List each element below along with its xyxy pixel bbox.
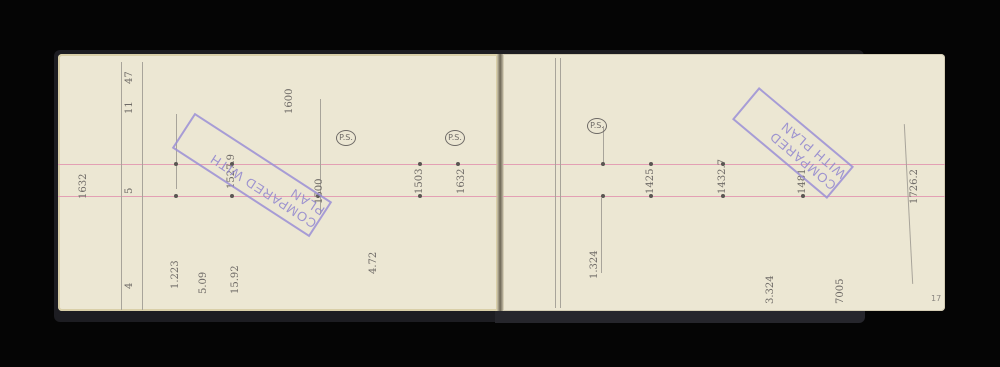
page-number: 17 xyxy=(931,294,941,303)
compared-with-plan-stamp: COMPARED WITH PLAN xyxy=(732,87,854,199)
chainage-reading: 1432.7 xyxy=(717,159,728,194)
survey-line xyxy=(904,124,913,284)
station-label: P.S. xyxy=(336,130,356,146)
right-page: P.S. 1425 1432.7 1481 1726.2 1.324 3.324… xyxy=(503,54,945,311)
station-label: P.S. xyxy=(445,130,465,146)
station-point xyxy=(601,162,605,166)
calculation: 3.324 xyxy=(765,275,776,304)
station-label: P.S. xyxy=(587,118,607,134)
calculation: 15.92 xyxy=(230,265,241,294)
station-point xyxy=(230,194,234,198)
calculation: 5.09 xyxy=(198,272,209,294)
station-point xyxy=(174,194,178,198)
survey-line xyxy=(601,198,602,273)
chainage-reading: 1425 xyxy=(645,169,656,194)
margin-note: 5 xyxy=(124,188,135,194)
calculation: 1.324 xyxy=(589,250,600,279)
margin-note: 47 xyxy=(124,71,135,84)
station-point xyxy=(649,194,653,198)
station-point xyxy=(456,162,460,166)
margin-line xyxy=(142,62,143,310)
station-point xyxy=(418,194,422,198)
station-point xyxy=(649,162,653,166)
station-point xyxy=(801,194,805,198)
chainage-reading: 1632 xyxy=(78,174,89,199)
left-page: 1632 47 11 5 4 1527.9 1600 1500 1503 163… xyxy=(58,54,498,311)
chainage-reading: 1503 xyxy=(414,169,425,194)
calculation: 1.223 xyxy=(170,260,181,289)
chainage-reading: 1726.2 xyxy=(909,169,920,204)
calculation: 4.72 xyxy=(368,252,379,274)
margin-note: 11 xyxy=(124,101,135,114)
chainage-reading: 1600 xyxy=(284,89,295,114)
station-point xyxy=(721,194,725,198)
chainage-reading: 1632 xyxy=(456,169,467,194)
margin-line xyxy=(555,58,556,308)
margin-note: 4 xyxy=(124,283,135,289)
compared-with-plan-stamp: COMPARED WITH PLAN xyxy=(172,113,332,238)
station-point xyxy=(174,162,178,166)
station-point xyxy=(418,162,422,166)
calculation: 7005 xyxy=(835,279,846,304)
station-point xyxy=(601,194,605,198)
margin-line xyxy=(560,58,561,308)
margin-line xyxy=(121,62,122,310)
red-rule-upper xyxy=(58,164,498,165)
